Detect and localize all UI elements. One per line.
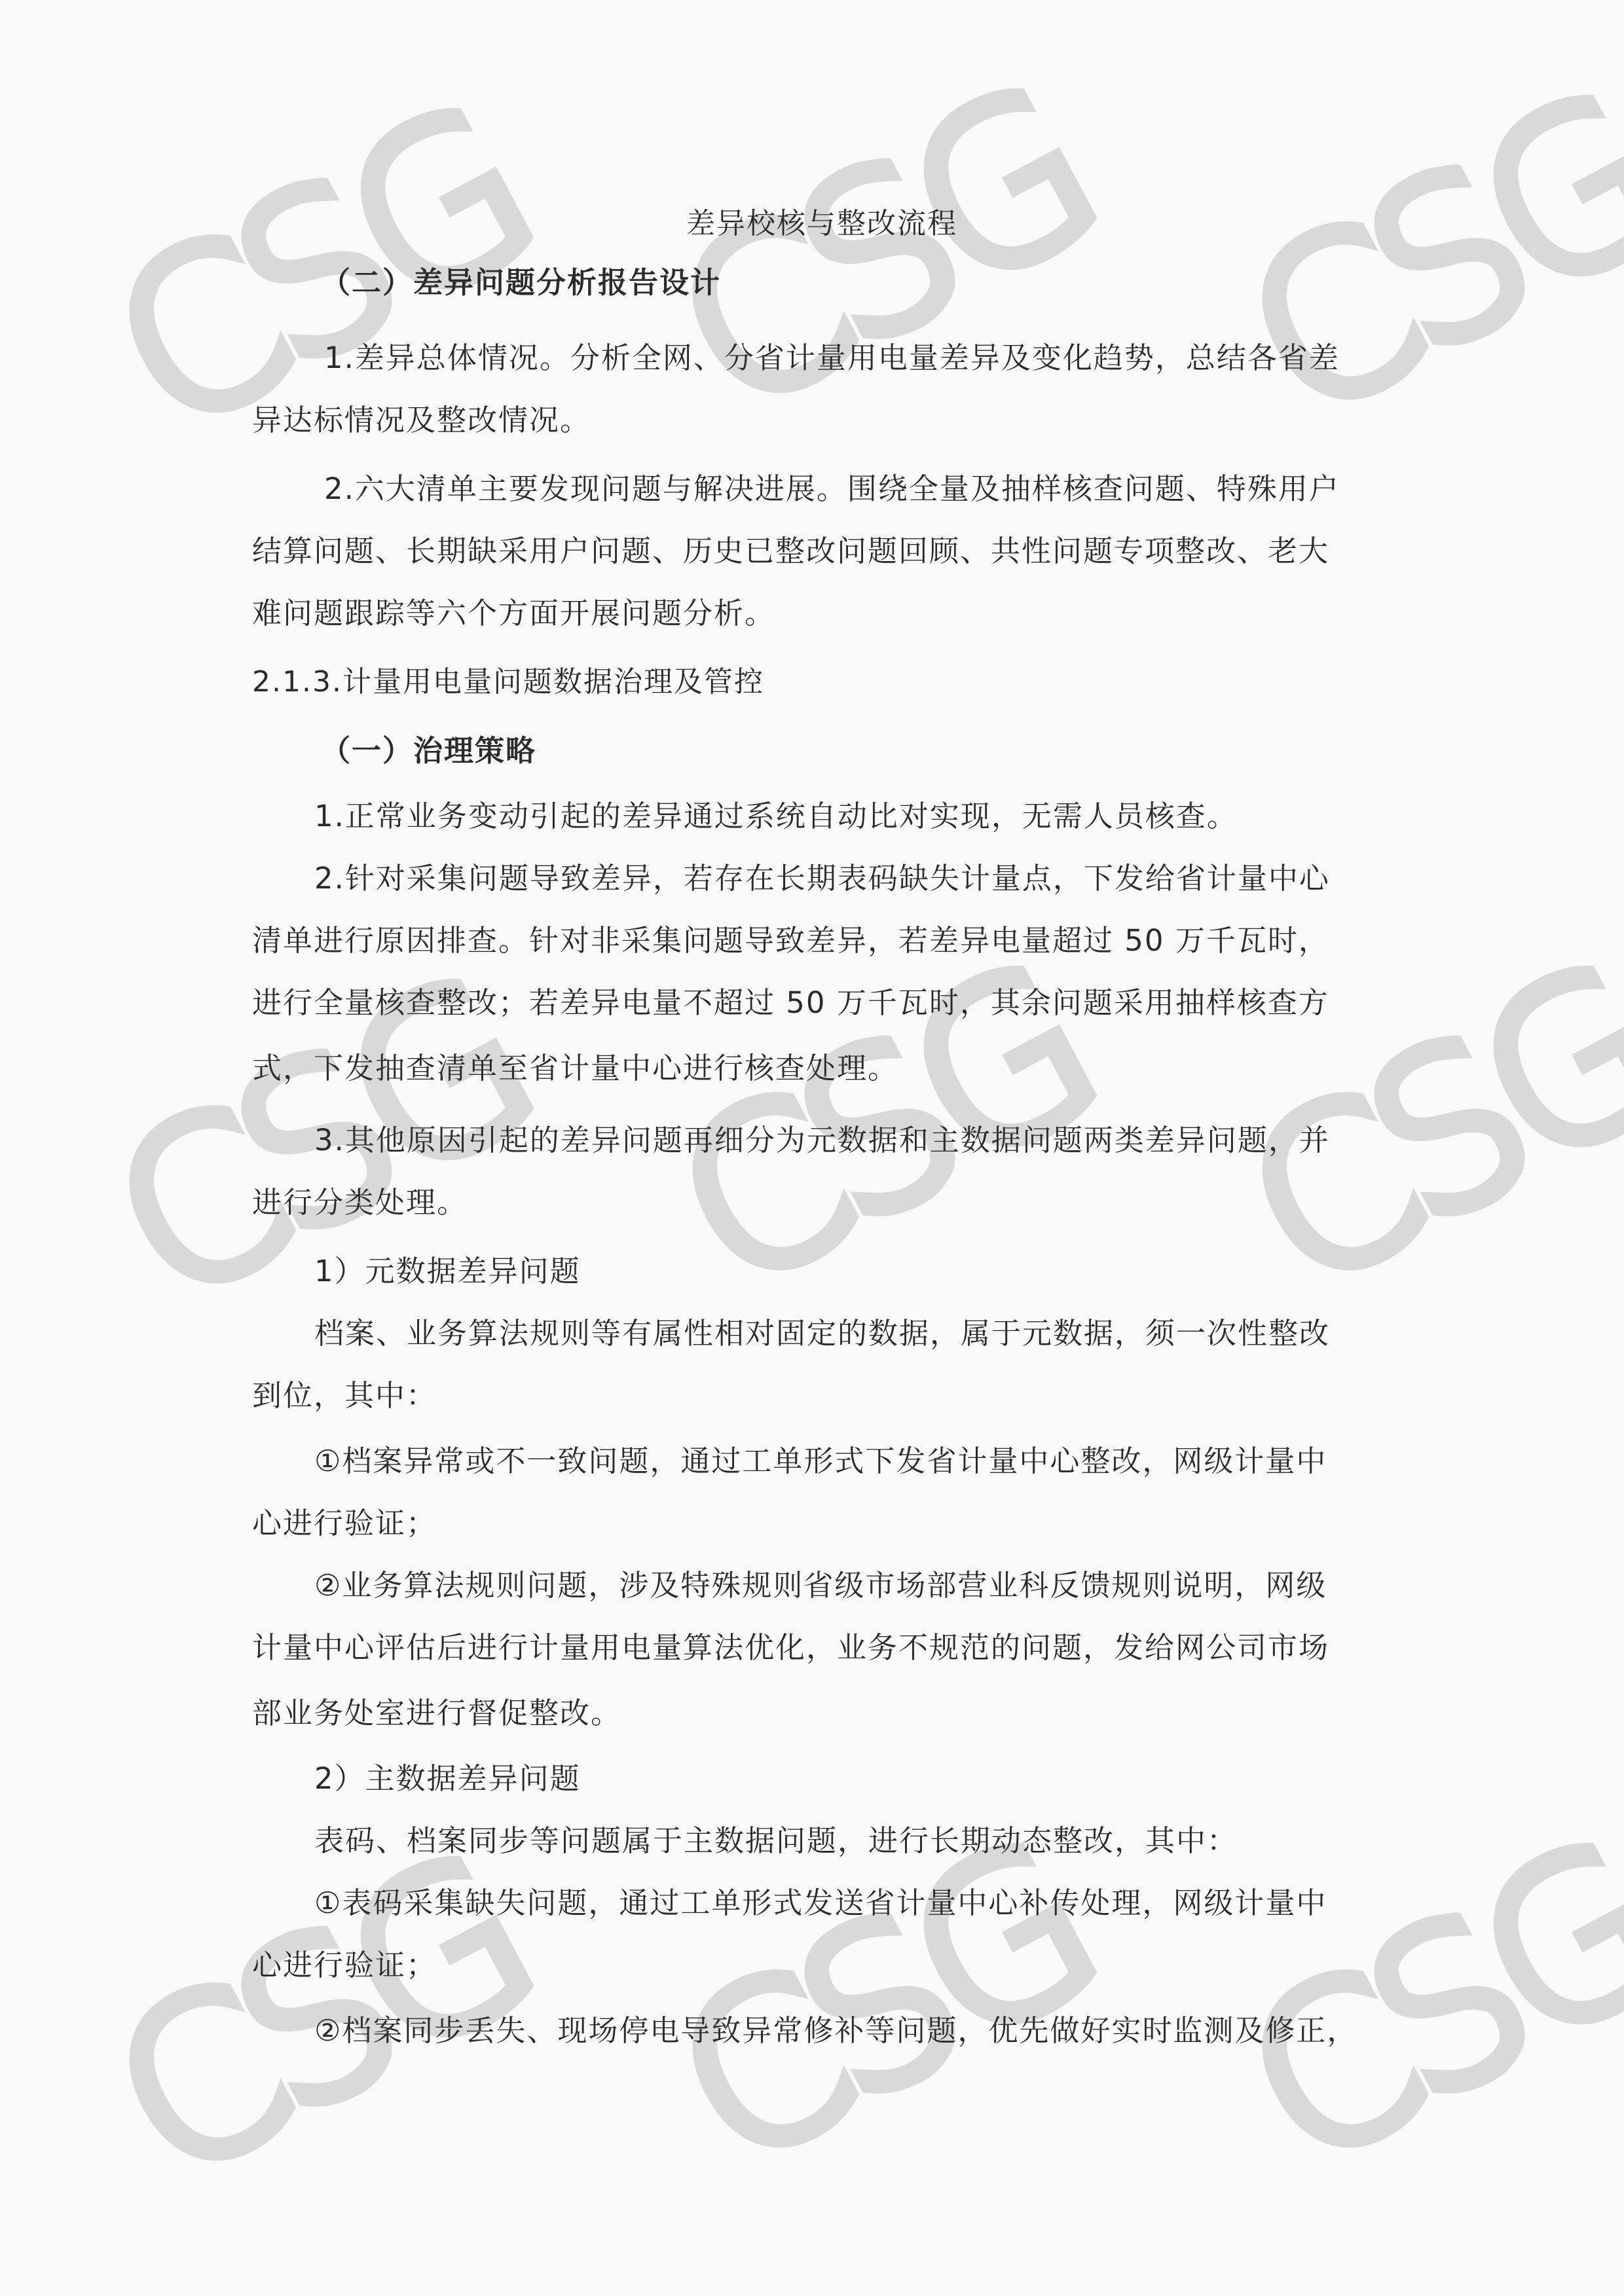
paragraph-line: 清单进行原因排查。针对非采集问题导致差异，若差异电量超过 50 万千瓦时，: [252, 917, 1329, 959]
section-heading: 2.1.3.计量用电量问题数据治理及管控: [252, 658, 764, 700]
paragraph-line: 进行全量核查整改；若差异电量不超过 50 万千瓦时，其余问题采用抽样核查方: [252, 979, 1329, 1021]
watermark-csg: CSG: [1218, 65, 1624, 452]
page-title: 差异校核与整改流程: [252, 200, 1392, 242]
paragraph-line: 2.六大清单主要发现问题与解决进展。围绕全量及抽样核查问题、特殊用户: [252, 465, 1340, 507]
paragraph-line: 式，下发抽查清单至省计量中心进行核查处理。: [252, 1044, 898, 1087]
watermark-csg: CSG: [648, 59, 1117, 445]
paragraph-line: 结算问题、长期缺采用户问题、历史已整改问题回顾、共性问题专项整改、老大: [252, 527, 1329, 570]
paragraph-line: 部业务处室进行督促整改。: [252, 1689, 621, 1732]
paragraph-line: 1.差异总体情况。分析全网、分省计量用电量差异及变化趋势，总结各省差: [252, 334, 1340, 376]
paragraph-line: 档案、业务算法规则等有属性相对固定的数据，属于元数据，须一次性整改: [252, 1309, 1330, 1352]
sub-heading: 1）元数据差异问题: [252, 1247, 581, 1290]
section-heading: （一）治理策略: [252, 727, 536, 769]
paragraph-line: ②业务算法规则问题，涉及特殊规则省级市场部营业科反馈规则说明，网级: [252, 1561, 1327, 1604]
section-heading: （二）差异问题分析报告设计: [252, 259, 721, 301]
paragraph-line: 到位，其中：: [252, 1372, 437, 1414]
paragraph-line: 难问题跟踪等六个方面开展问题分析。: [252, 589, 775, 632]
paragraph-line: 1.正常业务变动引起的差异通过系统自动比对实现，无需人员核查。: [252, 792, 1238, 835]
paragraph-line: 心进行验证；: [252, 1941, 437, 1984]
sub-heading: 2）主数据差异问题: [252, 1755, 581, 1797]
paragraph-line: 计量中心评估后进行计量用电量算法优化，业务不规范的问题，发给网公司市场: [252, 1624, 1329, 1666]
paragraph-line: 2.针对采集问题导致差异，若存在长期表码缺失计量点，下发给省计量中心: [252, 854, 1330, 897]
paragraph-line: ①档案异常或不一致问题，通过工单形式下发省计量中心整改，网级计量中: [252, 1437, 1327, 1480]
paragraph-line: 进行分类处理。: [252, 1178, 468, 1221]
paragraph-line: 心进行验证；: [252, 1499, 437, 1542]
paragraph-line: 异达标情况及整改情况。: [252, 396, 591, 439]
paragraph-line: ①表码采集缺失问题，通过工单形式发送省计量中心补传处理，网级计量中: [252, 1879, 1327, 1922]
paragraph-line: 表码、档案同步等问题属于主数据问题，进行长期动态整改，其中：: [252, 1817, 1238, 1859]
paragraph-line: 3.其他原因引起的差异问题再细分为元数据和主数据问题两类差异问题，并: [252, 1116, 1330, 1159]
paragraph-line: ②档案同步丢失、现场停电导致异常修补等问题，优先做好实时监测及修正，: [252, 2007, 1357, 2049]
